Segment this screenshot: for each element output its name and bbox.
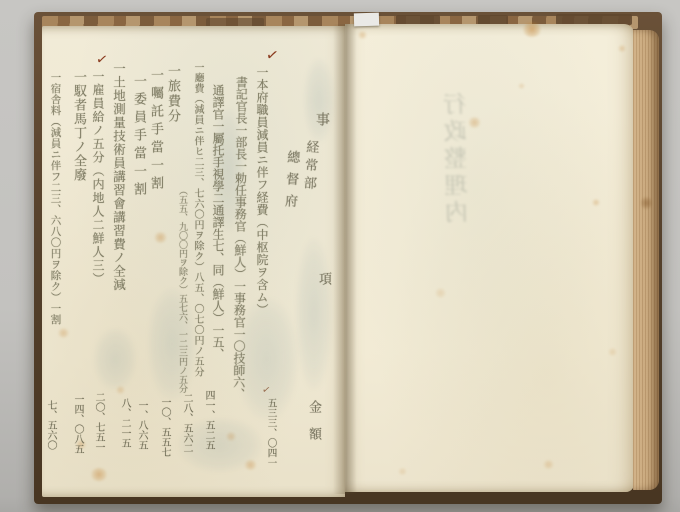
amount-20751: 二〇、七五一 bbox=[93, 392, 103, 452]
entry-ryohi-note: （五五、九〇〇円ヲ除ク）五七六、一二三円ノ五分 bbox=[177, 186, 186, 393]
foxing-stain bbox=[398, 468, 407, 475]
foxing-stain bbox=[592, 199, 600, 206]
entry-koin-kyu: 一雇員給ノ五分（内地人二鮮人三） bbox=[92, 70, 104, 286]
foxing-stain bbox=[116, 386, 125, 394]
entry-shokutaku-teate: 一囑託手當一割 bbox=[149, 68, 162, 194]
foxing-stain bbox=[358, 31, 367, 39]
header-section-keijobu: 経常部 bbox=[301, 140, 318, 195]
ink-bleedthrough bbox=[94, 328, 136, 390]
entry-iin-teate: 一委員手當一割 bbox=[132, 74, 145, 200]
foxing-stain bbox=[641, 196, 652, 210]
foxing-stain bbox=[154, 232, 167, 243]
entry-shukusharyo: 一宿舎料（減員ニ伴フ二三、六八〇円ヲ除ク）一割 bbox=[50, 72, 61, 325]
amount-7560: 七、五六〇 bbox=[45, 400, 55, 450]
foxing-stain bbox=[435, 288, 446, 298]
header-item-label: 項 bbox=[317, 272, 330, 285]
entry-ryohi: 一旅費分 bbox=[166, 64, 179, 124]
foxing-stain bbox=[543, 460, 554, 469]
amount-14085: 一四、〇八五 bbox=[72, 394, 82, 454]
foxing-stain bbox=[58, 328, 69, 338]
ink-bleedthrough bbox=[304, 58, 334, 142]
entry-tsuyakukan: 通譯官一屬托手視學二通譯生七、同（鮮人）一五、 bbox=[212, 84, 224, 360]
foxing-stain bbox=[608, 348, 617, 356]
entry-gyosha-bate: 一馭者馬丁ノ全廢 bbox=[72, 70, 85, 182]
gutter-shadow bbox=[333, 24, 357, 494]
foxing-stain bbox=[518, 83, 525, 89]
entry-shokikancho: 書記官長一部長一勅任事務官（鮮人）一事務官一〇技師六、 bbox=[233, 76, 248, 400]
amount-8215: 八、二一五 bbox=[119, 398, 129, 448]
amount-28562: 二八、五六二 bbox=[181, 393, 191, 453]
entry-tochi-sokuryo: 一土地測量技術員講習會講習費ノ全減 bbox=[112, 62, 125, 292]
foxing-stain bbox=[226, 432, 236, 441]
foxing-stain bbox=[90, 468, 108, 481]
entry-honfu-shokuin: 一本府職員減員ニ伴フ経費（中枢院ヲ含ム） bbox=[256, 66, 268, 316]
header-top-char: 事 bbox=[315, 112, 329, 126]
foxing-stain bbox=[522, 22, 542, 37]
ink-bleedthrough bbox=[296, 238, 332, 390]
header-amount-label: 金額 bbox=[307, 400, 320, 454]
photograph-background: 事 経常部 總督府 項 金額 ✓ ✓ ✓ 一本府職員減員ニ伴フ経費（中枢院ヲ含ム… bbox=[0, 0, 680, 512]
fore-edge-page-stack bbox=[633, 30, 659, 490]
right-page bbox=[345, 24, 634, 492]
amount-41525: 四一、五二五 bbox=[203, 390, 213, 450]
amount-10557: 一〇、五五七 bbox=[159, 397, 169, 457]
paper-tab bbox=[354, 13, 379, 27]
header-office-sotokufu: 總督府 bbox=[282, 150, 298, 217]
foxing-stain bbox=[244, 460, 257, 470]
entry-chohi: 一廳費（減員ニ伴ヒ二三、七六〇円ヲ除ク）八五、〇七〇円ノ五分 bbox=[192, 62, 202, 377]
ink-bleedthrough bbox=[148, 288, 196, 400]
amount-1865: 一、八六五 bbox=[136, 400, 146, 450]
foxing-stain bbox=[618, 45, 626, 52]
bleedthrough-text: 行政整理内 bbox=[446, 92, 471, 227]
amount-533041: 五三三、〇四一 bbox=[266, 398, 276, 468]
